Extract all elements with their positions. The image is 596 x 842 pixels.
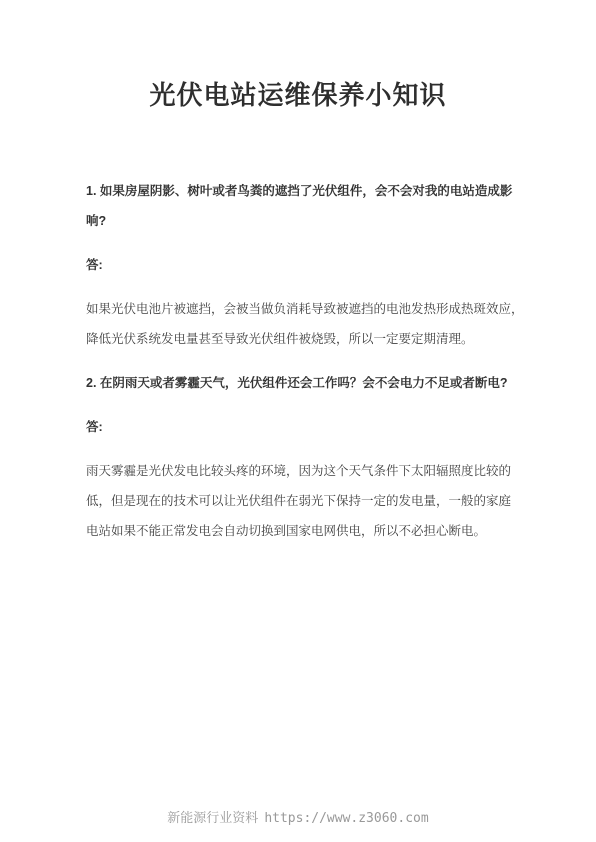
answer-line: 降低光伏系统发电量甚至导致光伏组件被烧毁，所以一定要定期清理。 xyxy=(86,324,510,354)
answer-label-text: 答: xyxy=(86,412,510,442)
answer-1: 如果光伏电池片被遮挡，会被当做负消耗导致被遮挡的电池发热形成热斑效应， 降低光伏… xyxy=(86,294,510,354)
question-2: 2. 在阴雨天或者雾霾天气，光伏组件还会工作吗？会不会电力不足或者断电? xyxy=(86,368,510,398)
answer-line: 如果光伏电池片被遮挡，会被当做负消耗导致被遮挡的电池发热形成热斑效应， xyxy=(86,294,510,324)
page-title: 光伏电站运维保养小知识 xyxy=(0,76,596,114)
document-body: 1. 如果房屋阴影、树叶或者鸟粪的遮挡了光伏组件，会不会对我的电站造成影 响? … xyxy=(0,176,596,546)
footer-url-link[interactable]: https://www.z3060.com xyxy=(264,811,428,826)
question-line: 1. 如果房屋阴影、树叶或者鸟粪的遮挡了光伏组件，会不会对我的电站造成影 xyxy=(86,176,510,206)
question-1: 1. 如果房屋阴影、树叶或者鸟粪的遮挡了光伏组件，会不会对我的电站造成影 响? xyxy=(86,176,510,236)
answer-label: 答: xyxy=(86,250,510,280)
answer-2: 雨天雾霾是光伏发电比较头疼的环境，因为这个天气条件下太阳辐照度比较的 低，但是现… xyxy=(86,456,510,546)
question-line: 响? xyxy=(86,206,510,236)
page-footer: 新能源行业资料https://www.z3060.com xyxy=(0,811,596,826)
question-line: 2. 在阴雨天或者雾霾天气，光伏组件还会工作吗？会不会电力不足或者断电? xyxy=(86,368,510,398)
answer-line: 电站如果不能正常发电会自动切换到国家电网供电，所以不必担心断电。 xyxy=(86,516,510,546)
answer-line: 雨天雾霾是光伏发电比较头疼的环境，因为这个天气条件下太阳辐照度比较的 xyxy=(86,456,510,486)
footer-site-label: 新能源行业资料 xyxy=(167,811,258,826)
answer-line: 低，但是现在的技术可以让光伏组件在弱光下保持一定的发电量，一般的家庭 xyxy=(86,486,510,516)
answer-label-text: 答: xyxy=(86,250,510,280)
answer-label: 答: xyxy=(86,412,510,442)
